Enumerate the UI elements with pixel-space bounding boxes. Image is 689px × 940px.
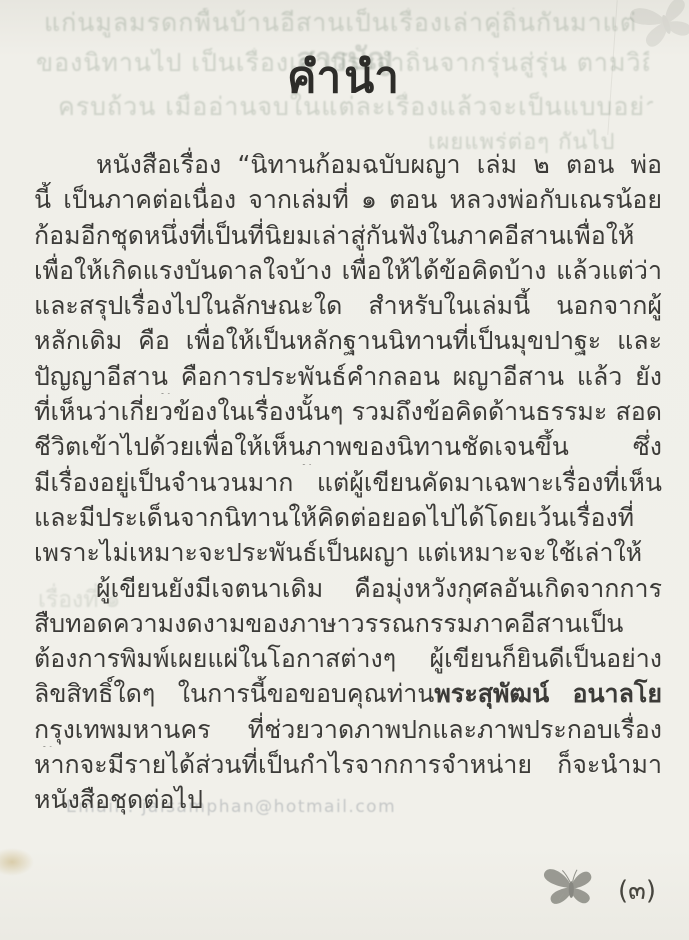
text-segment: และสรุปเรื่องไปในลักษณะใด สำหรับในเล่มนี… (34, 291, 662, 323)
text-segment: หลักเดิม คือ เพื่อให้เป็นหลักฐานนิทานที่… (34, 326, 662, 358)
text-line: หนังสือเรื่อง “นิทานก้อมฉบับผญา เล่ม ๒ ต… (34, 147, 662, 182)
text-segment: ก้อมอีกชุดหนึ่งที่เป็นที่นิยมเล่าสู่กันฟ… (34, 221, 634, 253)
body-text: หนังสือเรื่อง “นิทานก้อมฉบับผญา เล่ม ๒ ต… (34, 147, 662, 818)
page-title: คำนำ (0, 50, 689, 105)
text-line: ผู้เขียนยังมีเจตนาเดิม คือมุ่งหวังกุศลอั… (34, 571, 662, 606)
text-segment: หนังสือชุดต่อไป (34, 785, 203, 814)
text-line: สืบทอดความงดงามของภาษาวรรณกรรมภาคอีสานเป… (34, 606, 662, 641)
butterfly-icon (538, 860, 602, 914)
bleed-through-line: แก่นมูลมรดกพื้นบ้านอีสานเป็นเรื่องเล่าคู… (44, 8, 635, 38)
text-segment: นี้ เป็นภาคต่อเนื่อง จากเล่มที่ ๑ ตอน หล… (34, 185, 662, 217)
text-segment: ต้องการพิมพ์เผยแผ่ในโอกาสต่างๆ ผู้เขียนก… (34, 644, 662, 676)
text-line: นี้ เป็นภาคต่อเนื่อง จากเล่มที่ ๑ ตอน หล… (34, 182, 662, 217)
highlighted-name: พระสุพัฒน์ อนาลโย (434, 679, 662, 708)
text-segment: ชีวิตเข้าไปด้วยเพื่อให้เห็นภาพของนิทานชั… (34, 432, 662, 464)
text-segment: และมีประเด็นจากนิทานให้คิดต่อยอดไปได้โดย… (34, 503, 634, 535)
text-line: หนังสือชุดต่อไป (34, 782, 662, 817)
text-segment: ปัญญาอีสาน คือการประพันธ์คำกลอน ผญาอีสาน… (34, 362, 662, 394)
paper-stain (0, 848, 34, 876)
text-segment: ลิขสิทธิ์ใดๆ ในการนี้ขอขอบคุณท่าน (34, 679, 434, 708)
text-line: เพราะไม่เหมาะจะประพันธ์เป็นผญา แต่เหมาะจ… (34, 535, 662, 570)
text-line: ปัญญาอีสาน คือการประพันธ์คำกลอน ผญาอีสาน… (34, 359, 662, 394)
text-line: และมีประเด็นจากนิทานให้คิดต่อยอดไปได้โดย… (34, 500, 662, 535)
text-segment: มีเรื่องอยู่เป็นจำนวนมาก แต่ผู้เขียนคัดม… (34, 468, 662, 500)
text-line: ชีวิตเข้าไปด้วยเพื่อให้เห็นภาพของนิทานชั… (34, 429, 662, 464)
text-segment: ผู้เขียนยังมีเจตนาเดิม คือมุ่งหวังกุศลอั… (34, 574, 662, 606)
text-line: หากจะมีรายได้ส่วนที่เป็นกำไรจากการจำหน่า… (34, 747, 662, 782)
text-segment: สืบทอดความงดงามของภาษาวรรณกรรมภาคอีสานเป… (34, 609, 662, 641)
scanned-book-page: แก่นมูลมรดกพื้นบ้านอีสานเป็นเรื่องเล่าคู… (0, 0, 689, 940)
text-line: ก้อมอีกชุดหนึ่งที่เป็นที่นิยมเล่าสู่กันฟ… (34, 218, 662, 253)
text-line: เพื่อให้เกิดแรงบันดาลใจบ้าง เพื่อให้ได้ข… (34, 253, 662, 288)
text-segment: หนังสือเรื่อง “นิทานก้อมฉบับผญา เล่ม ๒ ต… (34, 150, 662, 182)
text-line: มีเรื่องอยู่เป็นจำนวนมาก แต่ผู้เขียนคัดม… (34, 465, 662, 500)
text-segment: กรุงเทพมหานคร ที่ช่วยวาดภาพปกและภาพประกอ… (34, 715, 662, 747)
text-segment: เพื่อให้เกิดแรงบันดาลใจบ้าง เพื่อให้ได้ข… (34, 256, 662, 288)
page-number: (๓) (604, 870, 670, 911)
text-segment: เพราะไม่เหมาะจะประพันธ์เป็นผญา แต่เหมาะจ… (34, 538, 642, 570)
text-line: กรุงเทพมหานคร ที่ช่วยวาดภาพปกและภาพประกอ… (34, 712, 662, 747)
text-line: ที่เห็นว่าเกี่ยวข้องในเรื่องนั้นๆ รวมถึง… (34, 394, 662, 429)
text-segment: ที่เห็นว่าเกี่ยวข้องในเรื่องนั้นๆ รวมถึง… (34, 397, 662, 429)
text-segment: หากจะมีรายได้ส่วนที่เป็นกำไรจากการจำหน่า… (34, 750, 662, 782)
text-line: ต้องการพิมพ์เผยแผ่ในโอกาสต่างๆ ผู้เขียนก… (34, 641, 662, 676)
text-line: หลักเดิม คือ เพื่อให้เป็นหลักฐานนิทานที่… (34, 323, 662, 358)
text-line: ลิขสิทธิ์ใดๆ ในการนี้ขอขอบคุณท่านพระสุพั… (34, 676, 662, 711)
text-line: และสรุปเรื่องไปในลักษณะใด สำหรับในเล่มนี… (34, 288, 662, 323)
